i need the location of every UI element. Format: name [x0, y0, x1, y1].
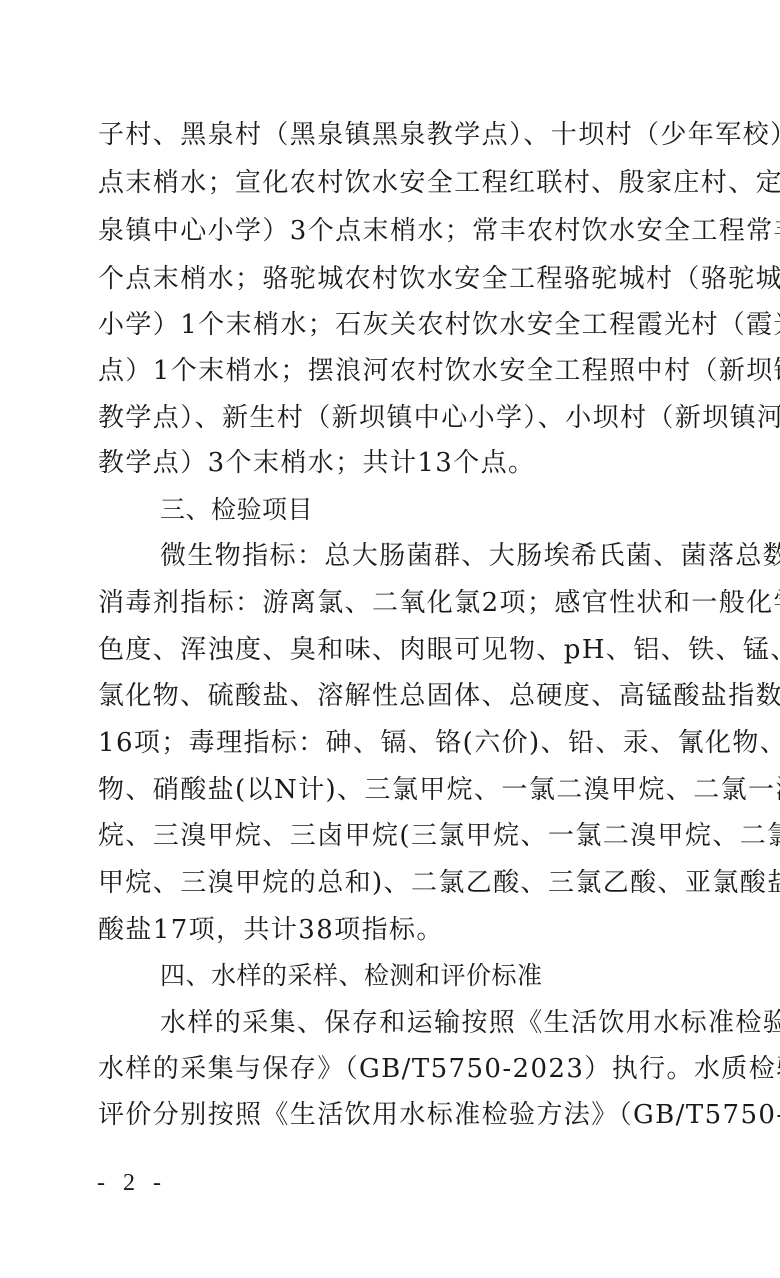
text-line: 小学）1个末梢水；石灰关农村饮水安全工程霞光村（霞光教学: [98, 308, 732, 342]
text-line: 子村、黑泉村（黑泉镇黑泉教学点）、十坝村（少年军校）4个: [98, 118, 732, 152]
text-line: 水样的采集与保存》（GB/T5750-2023）执行。水质检验和结果: [98, 1052, 732, 1086]
text-line: 16项；毒理指标：砷、镉、铬(六价)、铅、汞、氰化物、氟化: [98, 726, 732, 760]
text-line: 甲烷、三溴甲烷的总和)、二氯乙酸、三氯乙酸、亚氯酸盐、氯: [98, 866, 732, 900]
text-line: 烷、三溴甲烷、三卤甲烷(三氯甲烷、一氯二溴甲烷、二氯一溴: [98, 819, 732, 853]
text-line: 酸盐17项，共计38项指标。: [98, 913, 732, 947]
text-line: 微生物指标：总大肠菌群、大肠埃希氏菌、菌落总数3项；: [160, 539, 732, 573]
text-line: 泉镇中心小学）3个点末梢水；常丰农村饮水安全工程常丰村1: [98, 214, 732, 248]
page-number: - 2 -: [97, 1166, 167, 1200]
text-line: 色度、浑浊度、臭和味、肉眼可见物、pH、铝、铁、锰、铜、锌、: [98, 633, 732, 667]
text-line: 点）1个末梢水；摆浪河农村饮水安全工程照中村（新坝镇照中: [98, 354, 732, 388]
text-line: 点末梢水；宣化农村饮水安全工程红联村、殷家庄村、定平村（黑: [98, 166, 732, 200]
text-line: 物、硝酸盐(以N计)、三氯甲烷、一氯二溴甲烷、二氯一溴甲: [98, 773, 732, 807]
text-line: 评价分别按照《生活饮用水标准检验方法》（GB/T5750-2023）: [98, 1098, 732, 1132]
section-heading-sampling-standards: 四、水样的采样、检测和评价标准: [160, 959, 732, 993]
text-line: 教学点）、新生村（新坝镇中心小学）、小坝村（新坝镇河西坝: [98, 401, 732, 435]
text-line: 消毒剂指标：游离氯、二氧化氯2项；感官性状和一般化学指标：: [98, 586, 732, 620]
text-line: 教学点）3个末梢水；共计13个点。: [98, 446, 732, 480]
section-heading-inspection-items: 三、检验项目: [160, 493, 732, 527]
text-line: 个点末梢水；骆驼城农村饮水安全工程骆驼城村（骆驼城镇中心: [98, 262, 732, 296]
text-line: 水样的采集、保存和运输按照《生活饮用水标准检验方法—: [160, 1006, 732, 1040]
text-line: 氯化物、硫酸盐、溶解性总固体、总硬度、高锰酸盐指数、氨: [98, 679, 732, 713]
